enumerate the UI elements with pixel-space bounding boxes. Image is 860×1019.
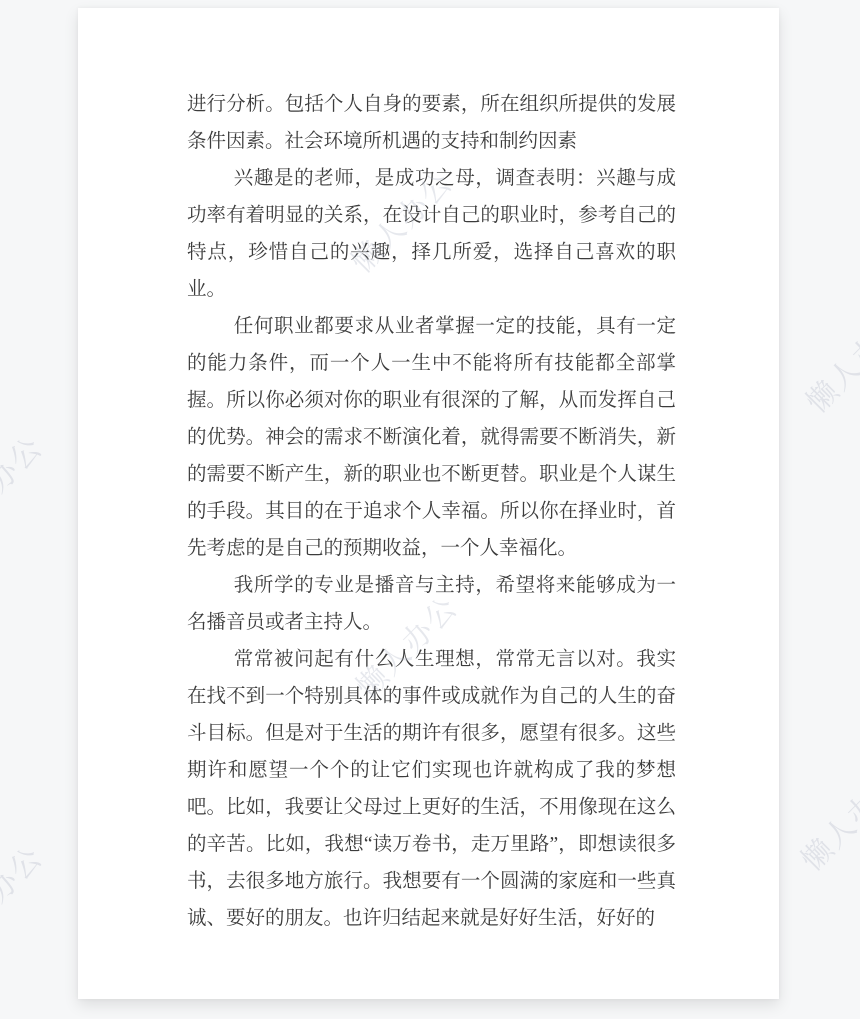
document-content: 进行分析。包括个人自身的要素，所在组织所提供的发展条件因素。社会环境所机遇的支持… [187,86,676,937]
watermark-text: 懒人办公 [0,834,51,956]
paragraph: 任何职业都要求从业者掌握一定的技能，具有一定的能力条件，而一个人一生中不能将所有… [187,308,676,567]
watermark-text: 懒人办公 [0,424,51,546]
paragraph: 常常被问起有什么人生理想，常常无言以对。我实在找不到一个特别具体的事件或成就作为… [187,641,676,937]
paragraph: 兴趣是的老师，是成功之母，调查表明：兴趣与成功率有着明显的关系，在设计自己的职业… [187,160,676,308]
watermark-text: 懒人办公 [794,299,860,421]
paragraph: 我所学的专业是播音与主持，希望将来能够成为一名播音员或者主持人。 [187,567,676,641]
document-page: 进行分析。包括个人自身的要素，所在组织所提供的发展条件因素。社会环境所机遇的支持… [78,8,779,999]
document-preview: 进行分析。包括个人自身的要素，所在组织所提供的发展条件因素。社会环境所机遇的支持… [0,0,860,1019]
paragraph: 进行分析。包括个人自身的要素，所在组织所提供的发展条件因素。社会环境所机遇的支持… [187,86,676,160]
watermark-text: 懒人办公 [789,757,860,879]
